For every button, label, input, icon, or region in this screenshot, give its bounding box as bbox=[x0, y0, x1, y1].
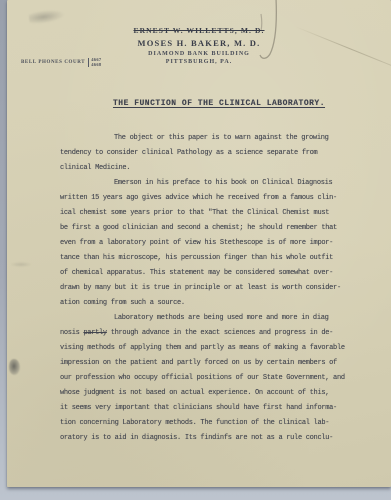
body-line: ation coming from such a source. bbox=[60, 296, 356, 311]
body-line: whose judgment is not based on actual ex… bbox=[60, 386, 356, 401]
body-line: it seems very important that clinicians … bbox=[60, 401, 356, 416]
body-line: even from a laboratory point of view his… bbox=[60, 236, 356, 251]
document-title: THE FUNCTION OF THE CLINICAL LABORATORY. bbox=[47, 99, 391, 108]
body-line: The object or this paper is to warn agai… bbox=[60, 131, 356, 146]
body-line: tion concerning Laboratory methods. The … bbox=[60, 416, 356, 431]
pencil-smudge bbox=[28, 8, 65, 25]
body-line: oratory is to aid in diagnosis. Its find… bbox=[60, 431, 356, 446]
letterhead-building: DIAMOND BANK BUILDING bbox=[7, 51, 391, 57]
body-line: ical chemist some years prior to that "T… bbox=[60, 206, 356, 221]
body-line: vising methods of applying them and part… bbox=[60, 341, 356, 356]
body-line: Laboratory methods are being used more a… bbox=[60, 311, 356, 326]
body-line: clinical Medicine. bbox=[60, 161, 356, 176]
phone-brace bbox=[88, 58, 89, 67]
body-line: impression on the patient and partly for… bbox=[60, 356, 356, 371]
body-lines: The object or this paper is to warn agai… bbox=[60, 131, 356, 446]
scanned-document: ERNEST W. WILLETTS, M. D. MOSES H. BAKER… bbox=[0, 0, 391, 500]
body-line: be first a good clinician and second a c… bbox=[60, 221, 356, 236]
body-line: drawn by many but it is true in principl… bbox=[60, 281, 356, 296]
ink-smudge bbox=[9, 359, 20, 375]
body-line: tendency to consider clinical Pathology … bbox=[60, 146, 356, 161]
document-page: ERNEST W. WILLETTS, M. D. MOSES H. BAKER… bbox=[7, 0, 391, 487]
body-line: tance than his microscope, his percussio… bbox=[60, 251, 356, 266]
body-line: our profession who occupy official posit… bbox=[60, 371, 356, 386]
phone-number-list: 4667 4668 bbox=[91, 58, 101, 67]
body-line: written 15 years ago gives advice which … bbox=[60, 191, 356, 206]
body-line: of chemical apparatus. This statement ma… bbox=[60, 266, 356, 281]
letterhead-name: MOSES H. BAKER, M. D. bbox=[7, 38, 391, 48]
phone-label: BELL PHONES COURT bbox=[21, 60, 85, 65]
phone-numbers: BELL PHONES COURT 4667 4668 bbox=[21, 58, 101, 67]
body-line: Emerson in his preface to his book on Cl… bbox=[60, 176, 356, 191]
phone-number: 4668 bbox=[91, 63, 101, 68]
body-line: nosis partly through advance in the exac… bbox=[60, 326, 356, 341]
faint-smudge bbox=[11, 262, 31, 267]
letterhead-struck-name: ERNEST W. WILLETTS, M. D. bbox=[7, 26, 391, 35]
